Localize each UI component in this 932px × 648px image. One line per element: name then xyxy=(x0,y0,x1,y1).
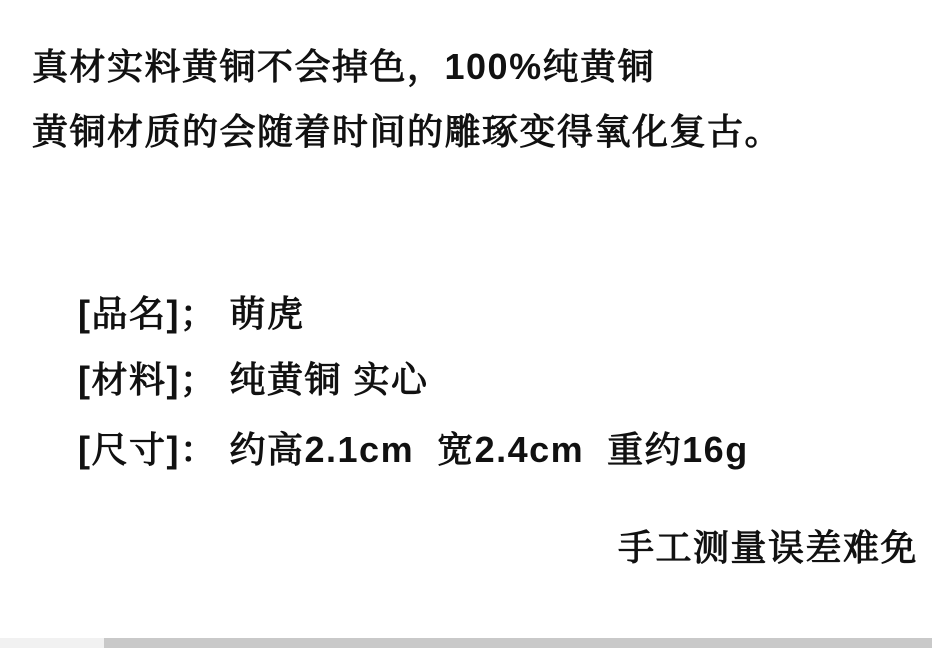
product-description-page: 真材实料黄铜不会掉色，100%纯黄铜 黄铜材质的会随着时间的雕琢变得氧化复古。 … xyxy=(0,0,932,648)
horizontal-scrollbar[interactable] xyxy=(0,638,932,648)
intro-line-2: 黄铜材质的会随着时间的雕琢变得氧化复古。 xyxy=(32,111,782,153)
intro-line-1: 真材实料黄铜不会掉色，100%纯黄铜 xyxy=(32,46,655,88)
footnote-measurement-note: 手工测量误差难免 xyxy=(618,527,918,569)
spec-label-size: [尺寸]： xyxy=(78,429,217,470)
scrollbar-track-segment[interactable] xyxy=(0,638,104,648)
spec-row-size: [尺寸]：约高2.1cm 宽2.4cm 重约16g xyxy=(32,387,749,513)
spec-value-size: 约高2.1cm 宽2.4cm 重约16g xyxy=(230,429,749,470)
scrollbar-thumb[interactable] xyxy=(104,638,932,648)
